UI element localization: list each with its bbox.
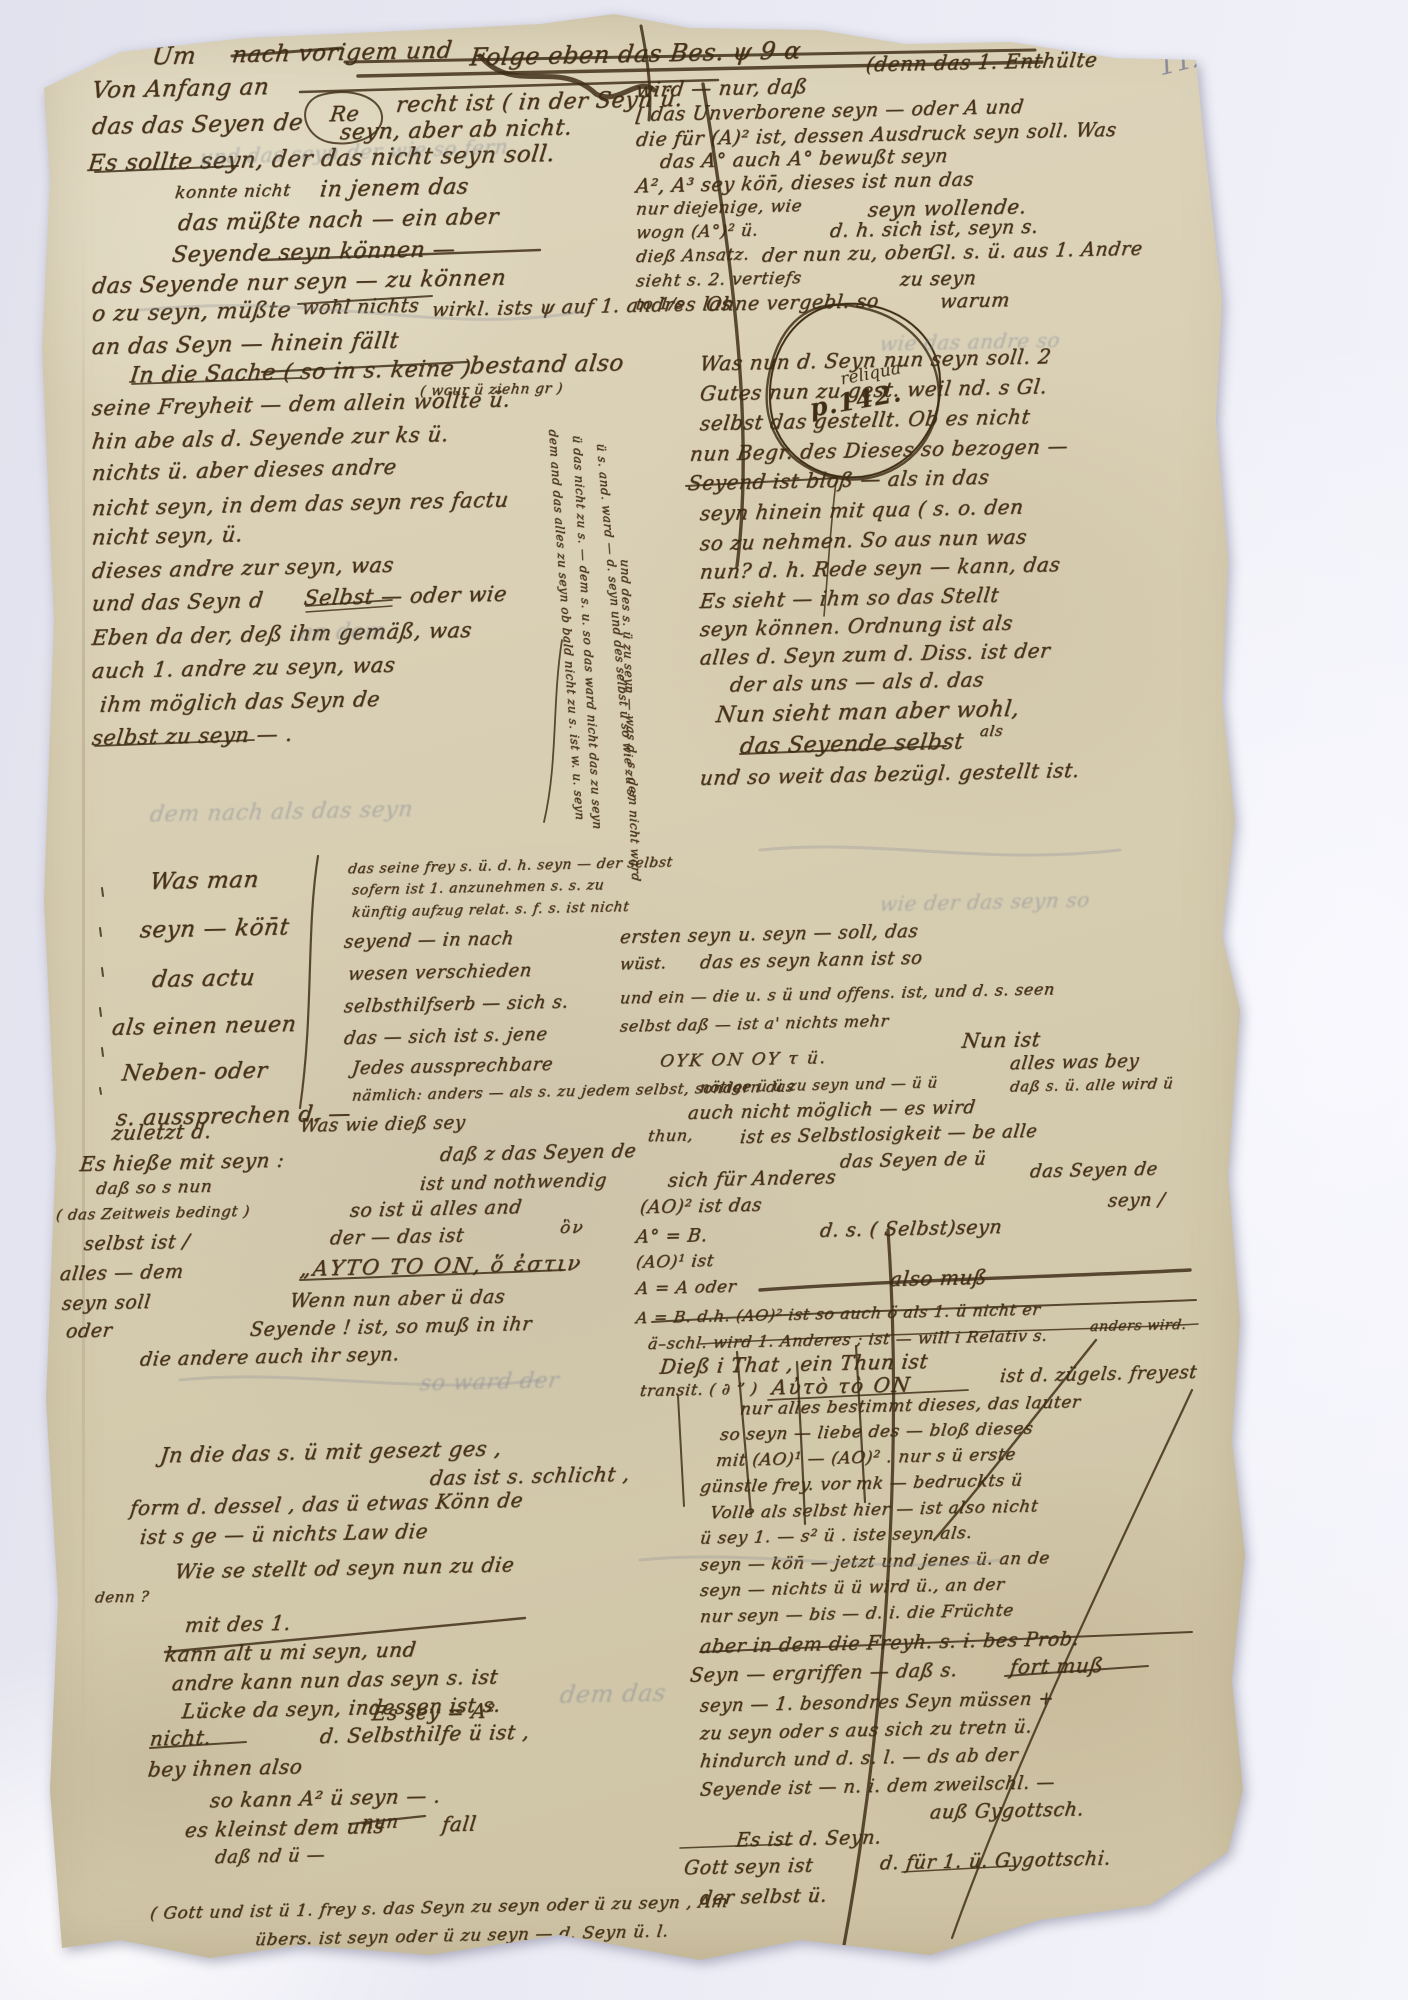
manuscript-line: also muß (889, 1265, 989, 1291)
ghost-line: dem nach als das seyn (149, 797, 415, 828)
scan-background: reliqua p.142. 112 Umnach vorigem undFol… (0, 0, 1408, 2000)
manuscript-line: Was wie dieß sey (299, 1112, 467, 1137)
manuscript-line: günstle frey. vor mk — bedruckts ü (699, 1471, 1024, 1498)
manuscript-line: Folge eben das Bes. ψ 9 α (468, 36, 802, 71)
manuscript-line: d. h. sich ist, seyn s. (829, 216, 1040, 242)
manuscript-line: seyn / (1107, 1189, 1167, 1211)
manuscript-line: Gutes nun zu gest. weil nd. s Gl. (699, 374, 1049, 405)
manuscript-line: ü sey 1. — s² ü . iste seyn als. (699, 1523, 974, 1549)
manuscript-line: selbst daß — ist a' nichts mehr (619, 1011, 890, 1036)
manuscript-line: ( das Zeitweis bedingt ) (55, 1202, 251, 1224)
manuscript-line: wüst. (619, 953, 668, 973)
manuscript-line: wird — nur, daß (635, 74, 809, 102)
manuscript-line: seyn hinein mit qua ( s. o. den (699, 495, 1025, 526)
manuscript-line: Volle als selbst hier — ist also nicht (709, 1497, 1040, 1524)
manuscript-line: (denn das 1. Enthülte (865, 48, 1099, 77)
page-number: 112 (1155, 40, 1213, 83)
manuscript-line: selbst zu seyn — . (91, 722, 295, 750)
manuscript-line: und ein — die u. s ü und offens. ist, un… (619, 979, 1056, 1007)
manuscript-line: Um (150, 41, 198, 70)
manuscript-line: die andere auch ihr seyn. (139, 1343, 401, 1371)
manuscript-line: so zu nehmen. So aus nun was (699, 525, 1029, 556)
manuscript-line: und so weit das bezügl. gestellt ist. (699, 758, 1082, 790)
manuscript-line: wirkl. ists ψ auf 1. andres las (431, 293, 733, 321)
manuscript-line: das ist s. schlicht , (429, 1462, 632, 1490)
manuscript-line: fort muß (1009, 1653, 1105, 1679)
manuscript-line: auch 1. andre zu seyn, was (91, 653, 397, 683)
manuscript-line: Ohne vergebl. so (705, 290, 881, 316)
manuscript-line: Es sieht — ihm so das Stellt (699, 583, 1001, 613)
manuscript-line: nur diejenige, wie (635, 196, 803, 220)
manuscript-line: Seyende ! ist, so muß in ihr (249, 1313, 533, 1341)
manuscript-line: kann alt u mi seyn, und (164, 1637, 418, 1666)
manuscript-line: das müßte nach — ein aber (177, 205, 501, 237)
manuscript-line: das Seyende selbst (739, 730, 966, 760)
manuscript-line: zu seyn (899, 267, 978, 291)
manuscript-line: wogn (A°)² ü. (635, 221, 760, 244)
manuscript-line: dieses andre zur seyn, was (91, 553, 396, 583)
manuscript-line: Wie se stellt od seyn nun zu die (174, 1552, 516, 1583)
paper-surface: reliqua p.142. 112 Umnach vorigem undFol… (30, 10, 1255, 1962)
manuscript-line: seyend — in nach (343, 928, 515, 953)
manuscript-line: Nun sieht man aber wohl, (715, 697, 1021, 728)
manuscript-line: ist d. zügels. freyest (999, 1362, 1198, 1387)
manuscript-line: nicht seyn, in dem das seyn res factu (91, 488, 511, 521)
manuscript-line: künftig aufzug relat. s. f. s. ist nicht (351, 899, 630, 921)
manuscript-line: Was man (148, 867, 260, 895)
manuscript-line: selbst das gestellt. Ob es nicht (699, 405, 1032, 436)
manuscript-line: alles was bey (1009, 1051, 1141, 1075)
manuscript-line: daß nd ü — (214, 1845, 327, 1868)
manuscript-line: „ΑΥΤΟ ΤΟ ΟΝ, ὅ ἐστιν (299, 1251, 584, 1281)
manuscript-line: alles — dem (59, 1261, 185, 1286)
manuscript-line: sofern ist 1. anzunehmen s. s. zu (351, 877, 605, 898)
manuscript-line: Seyende seyn können — (171, 237, 457, 268)
manuscript-line: transit. ( ∂ ” ) (639, 1379, 759, 1401)
manuscript-line: d. für 1. ü. Gygottschi. (879, 1848, 1113, 1875)
manuscript-line: ( wcur ü ziehn gr ) (419, 380, 564, 399)
manuscript-line: warum (939, 289, 1012, 313)
manuscript-line: ersten seyn u. seyn — soll, das (619, 921, 920, 948)
manuscript-line: Es ist d. Seyn. (735, 1826, 883, 1851)
manuscript-line: seyn — nichts ü ü wird ü., an der (699, 1575, 1006, 1601)
ghost-line: an dem (299, 619, 388, 646)
manuscript-paper: reliqua p.142. 112 Umnach vorigem undFol… (0, 0, 1408, 2000)
manuscript-line: Jedes aussprechbare (351, 1054, 555, 1079)
manuscript-line: nicht. (149, 1725, 213, 1750)
manuscript-line: Seyend ist bloß — als in das (687, 465, 991, 495)
manuscript-line: seyn können. Ordnung ist als (699, 611, 1015, 642)
manuscript-line: o zu seyn, müßte (91, 298, 293, 327)
manuscript-line: so kann A² ü seyn — . (209, 1784, 443, 1813)
manuscript-line: Neben- oder (121, 1058, 269, 1086)
manuscript-line: das Seyen de ü (839, 1148, 988, 1172)
manuscript-line: fall (441, 1812, 478, 1837)
manuscript-line: Jn die das s. ü mit gesezt ges , (159, 1436, 504, 1467)
manuscript-line: (AO)¹ ist (635, 1251, 715, 1273)
manuscript-line: alles d. Seyn zum d. Diss. ist der (699, 638, 1052, 669)
manuscript-line: sich für Anderes (667, 1166, 838, 1192)
manuscript-line: und das Seyn d (91, 588, 265, 616)
handwriting-layer: reliqua p.142. 112 Umnach vorigem undFol… (0, 0, 1408, 2000)
manuscript-line: nun? d. h. Rede seyn — kann, das (699, 552, 1062, 584)
manuscript-line: das Seyende nur seyn — zu können (91, 266, 508, 300)
manuscript-line: nötige ü ü zu seyn und — ü ü (699, 1073, 939, 1096)
manuscript-line: ( Gott und ist ü 1. frey s. das Seyn zu … (149, 1892, 729, 1924)
manuscript-line: der als uns — als d. das (729, 667, 986, 696)
manuscript-line: to 1/s (635, 293, 686, 313)
manuscript-line: (AO)² ist das (639, 1195, 763, 1219)
manuscript-line: Wenn nun aber ü das (289, 1286, 507, 1313)
manuscript-line: so ist ü alles and (349, 1196, 524, 1222)
manuscript-line: oder (65, 1319, 114, 1342)
manuscript-line: dieß Ansatz. (635, 245, 751, 267)
manuscript-line: daß so s nun (95, 1177, 214, 1199)
manuscript-line: ist s ge — ü nichts Law die (139, 1519, 430, 1549)
manuscript-line: Nun ist (961, 1027, 1042, 1053)
manuscript-line: ihm möglich das Seyn de (99, 687, 382, 717)
manuscript-line: seyn — 1. besondres Seyn müssen + (699, 1688, 1055, 1716)
manuscript-line: übers. ist seyn oder ü zu seyn — d. Seyn… (254, 1922, 670, 1951)
manuscript-line: ΟΥΚ ΟΝ ΟΥ τ ü. (659, 1048, 829, 1072)
manuscript-line: bestand also (468, 350, 625, 379)
manuscript-line: daß s. ü. alle wird ü (1009, 1074, 1175, 1095)
manuscript-line: ä–schl. wird 1. Anderes ; ist — will i R… (647, 1326, 1049, 1353)
manuscript-line: so seyn — liebe des — bloß dieses (719, 1419, 1035, 1446)
manuscript-line: Es hieße mit seyn : (79, 1148, 286, 1176)
manuscript-line: wesen verschieden (347, 960, 533, 985)
manuscript-line: seyn — kön̄ — jetzt und jenes ü. an de (699, 1548, 1051, 1575)
manuscript-line: das A° auch A° bewußt seyn (659, 145, 950, 173)
manuscript-line: A = B. d.h. (AO)² ist so auch ö als 1. ü… (635, 1300, 1042, 1328)
manuscript-line: d. s. ( Selbst)seyn (819, 1216, 1004, 1242)
manuscript-line: hindurch und d. s. l. — ds ab der (699, 1745, 1020, 1773)
manuscript-line: mit des 1. (184, 1611, 293, 1637)
manuscript-line: ὃν (559, 1218, 586, 1239)
manuscript-line: der nun zu, oben (761, 241, 936, 267)
manuscript-line: anders wird. (1089, 1317, 1188, 1335)
manuscript-line: das Seyen de (1029, 1159, 1159, 1183)
manuscript-line: A², A³ sey kön̄, dieses ist nun das (635, 168, 976, 197)
ghost-line: dem das (558, 1679, 667, 1709)
manuscript-line: auch nicht möglich — es wird (687, 1097, 977, 1124)
manuscript-line: nun (361, 1812, 400, 1834)
manuscript-line: der — das ist (329, 1225, 466, 1250)
manuscript-line: d. Selbsthilfe ü ist , (319, 1720, 532, 1748)
manuscript-line: denn ? (94, 1587, 150, 1606)
manuscript-line: Seyn — ergriffen — daß s. (689, 1659, 959, 1687)
manuscript-line: das actu (150, 965, 256, 993)
manuscript-line: selbsthilfserb — sich s. (343, 992, 570, 1018)
manuscript-line: das es seyn kann ist so (699, 948, 924, 974)
manuscript-line: ist und nothwendig (419, 1170, 608, 1195)
manuscript-line: als einen neuen (111, 1012, 298, 1041)
manuscript-line: mit (AO)¹ — (AO)² . nur s ü erste (715, 1445, 1017, 1471)
manuscript-line: nun Begr. des Dieses so bezogen — (689, 434, 1070, 466)
manuscript-line: nicht seyn, ü. (91, 522, 245, 549)
manuscript-line: seyn — kön̄t (138, 914, 290, 943)
manuscript-line: form d. dessel , das ü etwas Könn de (129, 1488, 525, 1520)
manuscript-line: Selbst — oder wie (303, 582, 509, 610)
manuscript-line: andre kann nun das seyn s. ist (171, 1665, 500, 1696)
ghost-line: wie das andre so (879, 328, 1062, 356)
manuscript-line: sieht s. 2. vertiefs (635, 268, 803, 292)
manuscript-line: seyn soll (61, 1291, 152, 1315)
manuscript-line: nur seyn — bis — d. i. die Früchte (699, 1601, 1015, 1628)
manuscript-line: A = A oder (635, 1277, 738, 1299)
manuscript-line: wohl nichts (301, 295, 421, 320)
manuscript-line: thun, (647, 1125, 695, 1145)
manuscript-line: Gl. s. ü. aus 1. Andre (927, 238, 1144, 265)
manuscript-line: Seyende ist — n. i. dem zweilschl. — (699, 1772, 1056, 1800)
manuscript-line: Eben da der, deß ihm gemäß, was (91, 618, 474, 650)
manuscript-line: auß Gygottsch. (929, 1798, 1086, 1823)
manuscript-line: in jenem das (319, 174, 471, 202)
manuscript-line: an das Seyn — hinein fällt (91, 329, 401, 360)
ghost-line: wie der das seyn so (879, 888, 1092, 916)
manuscript-line: Von Anfang an (90, 74, 270, 104)
manuscript-line: zuletzt d. (111, 1119, 214, 1145)
manuscript-line: bey ihnen also (147, 1754, 304, 1781)
manuscript-line: das — sich ist s. jene (343, 1024, 549, 1049)
manuscript-line: hin abe als d. Seyende zur ks ü. (91, 422, 451, 454)
manuscript-line: konnte nicht (174, 181, 292, 203)
manuscript-line: nichts ü. aber dieses andre (91, 455, 399, 485)
manuscript-line: A° = B. (635, 1225, 709, 1248)
ghost-line: so ward der (419, 1369, 561, 1397)
manuscript-line: das das Seyen de (90, 110, 304, 140)
manuscript-line: nach vorigem und (230, 38, 453, 69)
manuscript-line: ist es Selbstlosigkeit — be alle (739, 1121, 1039, 1148)
manuscript-line: als (979, 722, 1004, 741)
manuscript-line: es kleinst dem uns (184, 1814, 386, 1842)
manuscript-line: selbst ist / (83, 1231, 191, 1255)
manuscript-line: Gott seyn ist (683, 1855, 815, 1880)
manuscript-line: aber in dem die Freyh. s. i. bes Prob. (699, 1628, 1081, 1658)
manuscript-line: zu seyn oder s aus sich zu tretn ü. (699, 1716, 1034, 1744)
manuscript-line: daß z das Seyen de (439, 1140, 638, 1166)
manuscript-line: das seine frey s. ü. d. h. seyn — der se… (347, 855, 674, 878)
